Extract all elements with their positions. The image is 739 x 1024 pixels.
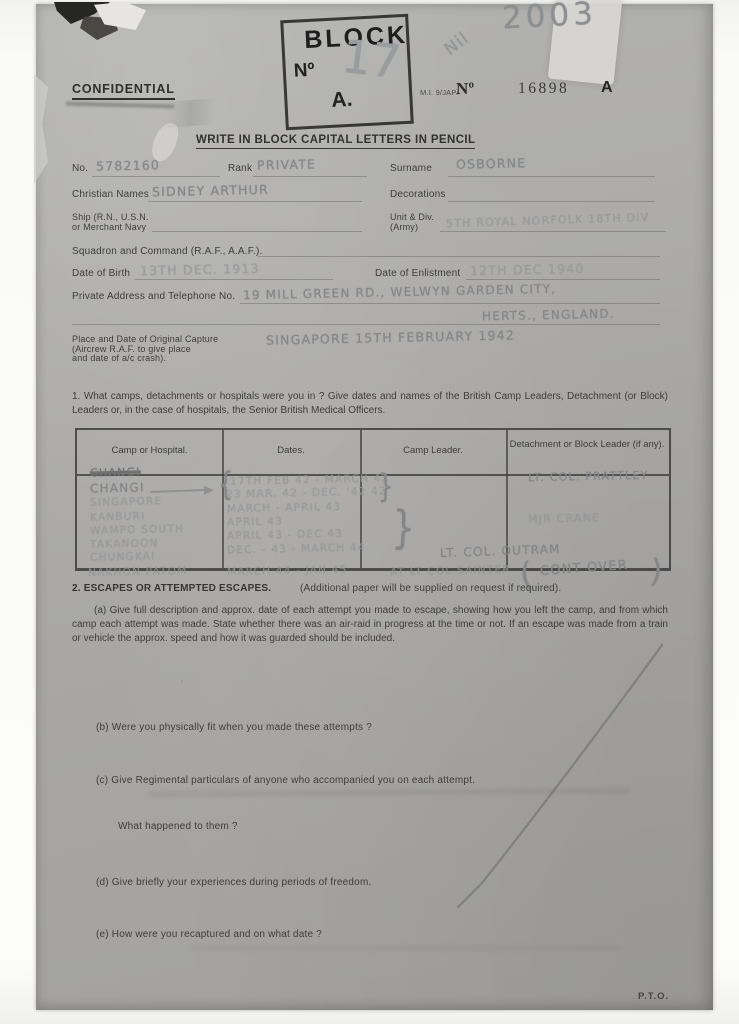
stamp-line2: Nº bbox=[293, 60, 315, 83]
torn-edge-white-left bbox=[34, 74, 48, 184]
field-enlistment-value: 12TH DEC 1940 bbox=[470, 261, 585, 278]
field-capture-label-3: and date of a/c crash). bbox=[72, 353, 166, 363]
question-2c2-text: What happened to them ? bbox=[118, 821, 238, 832]
camp-entry: CHUNGKAI bbox=[90, 550, 156, 563]
col-header-block-leader: Detachment or Block Leader (if any). bbox=[509, 438, 665, 451]
field-christian-names-label: Christian Names bbox=[72, 189, 149, 200]
field-no-value: 5782160 bbox=[96, 157, 160, 173]
block-leader-entry: LT. COL. PRATTLEY bbox=[528, 469, 649, 485]
question-2c-text: (c) Give Regimental particulars of anyon… bbox=[96, 775, 475, 786]
pto-footer: P.T.O. bbox=[638, 991, 669, 1002]
rule bbox=[72, 324, 660, 325]
field-surname-label: Surname bbox=[390, 163, 432, 174]
field-squadron-label: Squadron and Command (R.A.F., A.A.F.). bbox=[72, 246, 262, 257]
brace-mark: } bbox=[391, 502, 416, 555]
field-capture-label-1: Place and Date of Original Capture bbox=[72, 334, 218, 344]
rule bbox=[466, 279, 660, 280]
col-header-camp: Camp or Hospital. bbox=[77, 444, 222, 457]
dates-entry: APRIL 43 - DEC 43 bbox=[227, 528, 343, 542]
field-rank-value: PRIVATE bbox=[257, 156, 316, 172]
question-2b-text: (b) Were you physically fit when you mad… bbox=[96, 722, 372, 733]
field-unit-label-2: (Army) bbox=[390, 222, 418, 232]
rule bbox=[148, 201, 362, 202]
question-2-heading: 2. ESCAPES OR ATTEMPTED ESCAPES. bbox=[72, 583, 271, 594]
block-leader-entry: MJR CRANE bbox=[528, 511, 601, 526]
field-ship-label-2: or Merchant Navy bbox=[72, 222, 146, 232]
question-2-heading-note: (Additional paper will be supplied on re… bbox=[300, 583, 561, 594]
col-header-leader: Camp Leader. bbox=[360, 444, 506, 457]
rule bbox=[135, 279, 333, 280]
pencil-strike-line bbox=[430, 635, 690, 925]
col-header-dates: Dates. bbox=[222, 444, 360, 457]
pencil-smudge bbox=[190, 946, 620, 950]
file-no-label: Nº bbox=[456, 79, 474, 99]
file-ref-small: M.I. 9/JAP/ bbox=[420, 88, 459, 97]
camp-entry: TAKANOON bbox=[90, 537, 159, 550]
top-right-number: 2003 bbox=[501, 0, 598, 36]
question-2e-text: (e) How were you recaptured and on what … bbox=[96, 929, 322, 940]
question-2d-text: (d) Give briefly your experiences during… bbox=[96, 877, 371, 888]
rule bbox=[152, 231, 362, 232]
block-number-handwritten: 17 bbox=[339, 29, 404, 90]
rule bbox=[448, 201, 655, 202]
field-unit-label-1: Unit & Div. bbox=[390, 212, 434, 222]
rule bbox=[440, 231, 666, 232]
field-address-label: Private Address and Telephone No. bbox=[72, 291, 235, 302]
dates-entry: APRIL 43 bbox=[227, 515, 283, 528]
camp-entry: SINGAPORE bbox=[90, 495, 163, 509]
overflow-dates: MARCH 44 - JAN 45 bbox=[227, 564, 348, 579]
overflow-camp: NAKHON PATOM bbox=[88, 565, 188, 579]
field-dob-label: Date of Birth bbox=[72, 268, 130, 279]
field-christian-names-value: SIDNEY ARTHUR bbox=[152, 182, 269, 199]
confidential-label: CONFIDENTIAL bbox=[72, 82, 175, 100]
dates-entry: MARCH - APRIL 43 bbox=[227, 501, 342, 515]
brace-mark: } bbox=[378, 467, 393, 505]
stamp-line3: A. bbox=[331, 88, 353, 113]
field-address-value-2: HERTS., ENGLAND. bbox=[482, 307, 615, 324]
field-surname-value: OSBORNE bbox=[456, 155, 527, 171]
rule bbox=[240, 303, 660, 304]
question-1-text: 1. What camps, detachments or hospitals … bbox=[72, 390, 668, 418]
camp-entry-struck: CHANGI bbox=[90, 465, 141, 479]
page-title: WRITE IN BLOCK CAPITAL LETTERS IN PENCIL bbox=[196, 134, 475, 149]
field-rank-label: Rank bbox=[228, 163, 252, 174]
field-no-label: No. bbox=[72, 163, 88, 174]
field-dob-value: 13TH DEC. 1913 bbox=[140, 261, 260, 279]
rule bbox=[448, 176, 655, 177]
rule bbox=[92, 176, 220, 177]
camp-table: Camp or Hospital. Dates. Camp Leader. De… bbox=[75, 428, 671, 571]
rule bbox=[258, 256, 660, 257]
field-enlistment-label: Date of Enlistment bbox=[375, 268, 460, 279]
stray-pencil-mark: ’ bbox=[180, 678, 185, 692]
field-ship-label-1: Ship (R.N., U.S.N. bbox=[72, 212, 149, 222]
file-no-value: 16898 bbox=[518, 80, 569, 98]
camp-entry: CHANGI bbox=[90, 480, 145, 495]
scanned-document: CONFIDENTIAL BLOCK Nº A. 17 M.I. 9/JAP/ … bbox=[0, 0, 739, 1024]
file-no-suffix: A bbox=[601, 79, 613, 97]
camp-entry: KANBURI bbox=[90, 510, 146, 523]
rule bbox=[253, 176, 367, 177]
overflow-leader: AT LT COL SAINTER bbox=[390, 564, 511, 579]
field-decorations-label: Decorations bbox=[390, 189, 446, 200]
camp-entry: WAMPO SOUTH bbox=[90, 523, 184, 537]
